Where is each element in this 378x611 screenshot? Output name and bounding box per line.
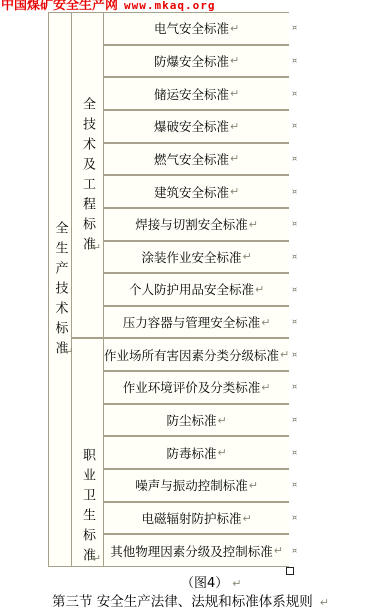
standard-row: 爆破安全标准↵ — [104, 111, 289, 142]
standard-label: 个人防护用品安全标准 — [129, 280, 254, 298]
standard-row: 防爆安全标准↵ — [104, 46, 289, 77]
paragraph-mark-icon: ↵ — [243, 251, 252, 262]
paragraph-mark-icon: ↵ — [261, 382, 270, 393]
paragraph-mark-icon: ↵ — [230, 55, 239, 66]
row-end-mark-icon: ¤ — [292, 253, 297, 261]
standard-label: 建筑安全标准 — [154, 183, 229, 201]
left-column-label: 全生产技术标准 — [54, 221, 67, 361]
row-end-mark-icon: ¤ — [292, 481, 297, 489]
paragraph-mark-icon: ↵ — [249, 219, 258, 230]
paragraph-mark-icon: ↵ — [243, 513, 252, 524]
row-end-mark-icon: ¤ — [292, 318, 297, 326]
row-end-mark-icon: ¤ — [292, 57, 297, 65]
standards-table: 全生产技术标准 ↵ 全技术及工程标准 ↵ 职业卫生标准 ↵ 电气安全标准↵防爆安… — [48, 12, 289, 567]
standard-row: 焊接与切割安全标准↵ — [104, 209, 289, 240]
standard-label: 其他物理因素分级及控制标准 — [110, 542, 273, 560]
standard-label: 爆破安全标准 — [154, 117, 229, 135]
standard-row: 压力容器与管理安全标准↵ — [104, 307, 289, 338]
vertical-text-wrap: 全技术及工程标准 ↵ — [75, 97, 101, 253]
row-end-mark-icon: ¤ — [292, 24, 297, 32]
section-title: 第三节 安全生产法律、法规和标准体系规则↵ — [52, 590, 329, 610]
standard-row: 防毒标准↵ — [104, 437, 289, 468]
cell-tech-engineering-standards: 全技术及工程标准 ↵ — [72, 13, 103, 337]
standard-label: 作业场所有害因素分类分级标准 — [104, 346, 279, 364]
row-end-mark-icon: ¤ — [292, 155, 297, 163]
paragraph-mark-icon: ↵ — [92, 242, 101, 253]
paragraph-mark-icon: ↵ — [218, 447, 227, 458]
site-url: www.mkaq.org — [124, 0, 215, 12]
standard-row: 防尘标准↵ — [104, 405, 289, 436]
paragraph-mark-icon: ↵ — [249, 480, 258, 491]
standard-label: 电气安全标准 — [154, 19, 229, 37]
standard-row: 燃气安全标准↵ — [104, 144, 289, 175]
standard-row: 噪声与振动控制标准↵ — [104, 470, 289, 501]
paragraph-mark-icon: ↵ — [230, 23, 239, 34]
figure-caption-text: （图4） — [181, 576, 228, 591]
paragraph-mark-icon: ↵ — [261, 317, 270, 328]
cell-production-tech-standards: 全生产技术标准 ↵ — [49, 13, 71, 566]
row-end-mark-icon: ¤ — [292, 286, 297, 294]
standard-label: 燃气安全标准 — [154, 150, 229, 168]
row-end-mark-icon: ¤ — [292, 449, 297, 457]
paragraph-mark-icon: ↵ — [255, 284, 264, 295]
row-end-mark-icon: ¤ — [292, 351, 297, 359]
standard-label: 防爆安全标准 — [154, 52, 229, 70]
standard-row: 储运安全标准↵ — [104, 78, 289, 109]
row-end-mark-icon: ¤ — [292, 90, 297, 98]
vertical-text-wrap: 全生产技术标准 ↵ — [47, 221, 73, 357]
standard-row: 个人防护用品安全标准↵ — [104, 274, 289, 305]
row-end-mark-icon: ¤ — [292, 188, 297, 196]
table-resize-handle[interactable] — [286, 567, 294, 575]
standard-label: 作业环境评价及分类标准 — [123, 378, 261, 396]
section-title-text: 第三节 安全生产法律、法规和标准体系规则 — [52, 594, 313, 610]
row-end-mark-icon: ¤ — [292, 514, 297, 522]
standard-label: 焊接与切割安全标准 — [135, 215, 248, 233]
cell-occupational-health-standards: 职业卫生标准 ↵ — [72, 339, 103, 566]
standard-label: 噪声与振动控制标准 — [135, 476, 248, 494]
paragraph-mark-icon: ↵ — [230, 121, 239, 132]
row-end-mark-icon: ¤ — [292, 122, 297, 130]
standard-label: 防尘标准 — [167, 411, 217, 429]
paragraph-mark-icon: ↵ — [92, 553, 101, 564]
row-end-mark-icon: ¤ — [292, 220, 297, 228]
row-end-mark-icon: ¤ — [292, 416, 297, 424]
paragraph-mark-icon: ↵ — [280, 349, 289, 360]
paragraph-mark-icon: ↵ — [230, 186, 239, 197]
row-end-mark-icon: ¤ — [292, 547, 297, 555]
standard-row: 涂装作业安全标准↵ — [104, 242, 289, 273]
standard-row: 电磁辐射防护标准↵ — [104, 503, 289, 534]
vertical-text-wrap: 职业卫生标准 ↵ — [75, 448, 101, 564]
standard-row: 电气安全标准↵ — [104, 13, 289, 44]
standard-row: 作业场所有害因素分类分级标准↵ — [104, 339, 289, 370]
paragraph-mark-icon: ↵ — [230, 88, 239, 99]
standard-row: 其他物理因素分级及控制标准↵ — [104, 535, 289, 566]
row-end-mark-icon: ¤ — [292, 383, 297, 391]
standard-label: 电磁辐射防护标准 — [142, 509, 242, 527]
paragraph-mark-icon: ↵ — [230, 153, 239, 164]
standard-row: 作业环境评价及分类标准↵ — [104, 372, 289, 403]
mid-column-group1-label: 全技术及工程标准 — [81, 97, 94, 257]
standard-label: 压力容器与管理安全标准 — [123, 313, 261, 331]
mid-column-group2-label: 职业卫生标准 — [81, 448, 94, 568]
standard-label: 储运安全标准 — [154, 85, 229, 103]
paragraph-mark-icon: ↵ — [232, 577, 241, 590]
standard-label: 防毒标准 — [167, 444, 217, 462]
paragraph-mark-icon: ↵ — [274, 545, 283, 556]
standard-row: 建筑安全标准↵ — [104, 176, 289, 207]
paragraph-mark-icon: ↵ — [320, 596, 329, 609]
figure-caption: （图4）↵ — [181, 572, 242, 591]
paragraph-mark-icon: ↵ — [218, 415, 227, 426]
standard-label: 涂装作业安全标准 — [142, 248, 242, 266]
